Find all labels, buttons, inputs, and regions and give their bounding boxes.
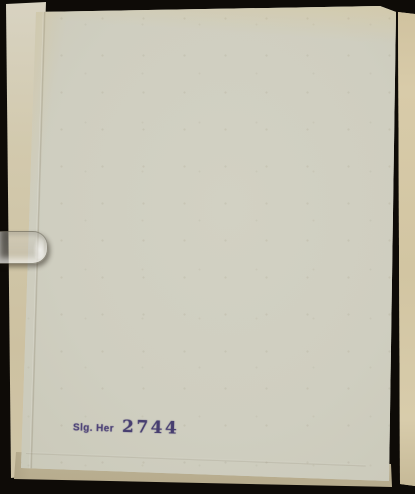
book-page: Slg. Her 2744	[0, 0, 415, 494]
library-stamp: Slg. Her 2744	[73, 415, 180, 438]
page-bottom-crease	[26, 452, 366, 466]
page-holder-clip	[0, 231, 48, 264]
clip-tip-highlight-icon	[33, 236, 44, 259]
stamp-number: 2744	[122, 417, 180, 439]
stamp-prefix: Slg. Her	[73, 422, 114, 434]
scan-root: Slg. Her 2744	[0, 0, 415, 494]
